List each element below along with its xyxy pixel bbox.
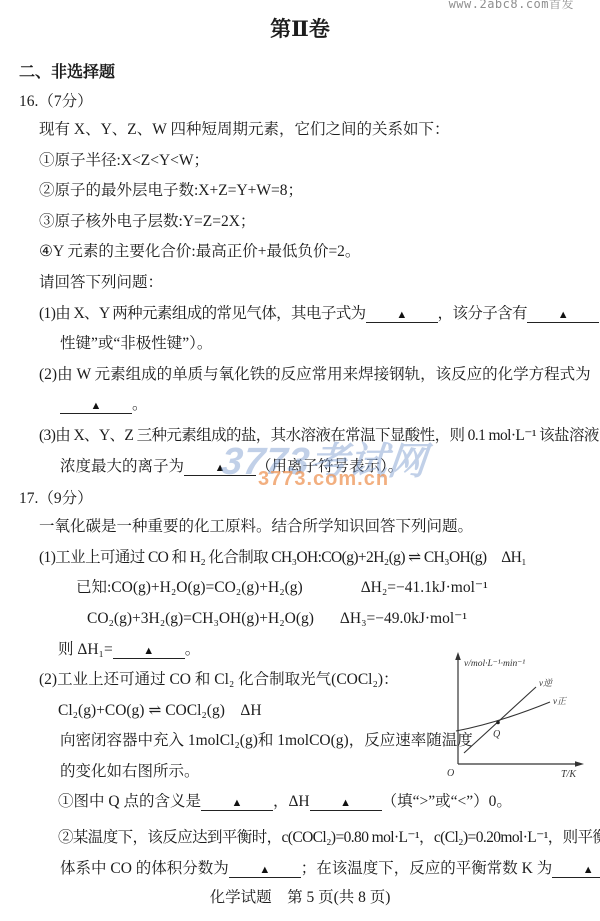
answer-blank: ▲ (310, 797, 382, 811)
section-heading: 二、非选择题 (0, 61, 600, 85)
rate-temperature-figure: v/mol·L⁻¹·min⁻¹ T/K O Q v逆 v正 (430, 649, 598, 787)
q17-intro: 一氧化碳是一种重要的化工原料。结合所学知识回答下列问题。 (0, 512, 600, 543)
q17-then-text: 则 ΔH₁= (58, 641, 113, 658)
q16-sub1-text-b: ，该分子含有 (438, 305, 527, 322)
q16-item-2: ②原子的最外层电子数:X+Z=Y+W=8； (0, 176, 600, 207)
q16-item-1: ①原子半径:X<Z<Y<W； (0, 146, 600, 177)
q17-dh3: ΔH₃=−49.0kJ·mol⁻¹ (340, 610, 467, 627)
q17-c1-text-a: ①图中 Q 点的含义是 (58, 793, 201, 810)
q16-prompt: 请回答下列问题： (0, 268, 600, 299)
answer-blank: ▲ (552, 864, 600, 878)
q17-sub1-known: 已知:CO(g)+H₂O(g)=CO₂(g)+H₂(g)ΔH₂=−41.1kJ·… (0, 573, 600, 604)
forward-rate-label: v正 (553, 696, 567, 706)
q17-c1-text-c: （填“>”或“<”）0。 (382, 793, 512, 810)
q16-sub1-line2: 性键”或“非极性键”）。 (0, 329, 600, 360)
q16-sub1-text-a: (1)由 X、Y 两种元素组成的常见气体，其电子式为 (39, 305, 366, 322)
page-title: 第Ⅱ卷 (0, 14, 600, 44)
answer-blank: ▲ (366, 309, 438, 323)
q17-eq2: CO₂(g)+3H₂(g)=CH₃OH(g)+H₂O(g) (87, 610, 314, 627)
q16-sub2-line2: ▲。 (0, 390, 600, 421)
answer-blank: ▲ (113, 645, 185, 659)
q16-sub3-text-a: 浓度最大的离子为 (60, 458, 184, 475)
origin-label: O (447, 768, 454, 779)
reverse-rate-label: v逆 (539, 678, 553, 688)
q16-item-4: ④Y 元素的主要化合价:最高正价+最低负价=2。 (0, 237, 600, 268)
q16-sub2-period: 。 (132, 396, 148, 413)
q17-eq1: 已知:CO(g)+H₂O(g)=CO₂(g)+H₂(g) (76, 579, 303, 596)
q17-c1-text-b: ，ΔH (273, 793, 310, 810)
answer-blank: ▲ (527, 309, 599, 323)
q16-number: 16.（7分） (0, 88, 600, 115)
point-q-label: Q (493, 729, 501, 740)
rate-temperature-chart: v/mol·L⁻¹·min⁻¹ T/K O Q v逆 v正 (430, 649, 598, 787)
y-axis-arrow (455, 652, 461, 660)
answer-blank: ▲ (60, 400, 132, 414)
q17-dh2: ΔH₂=−41.1kJ·mol⁻¹ (361, 579, 488, 596)
forward-rate-curve (456, 702, 550, 731)
site-watermark-domain: 3773.com.cn (258, 468, 389, 491)
q17-circle2-line2: 体系中 CO 的体积分数为▲；在该温度下，反应的平衡常数 K 为▲。 (0, 854, 600, 885)
page-footer: 化学试题 第 5 页(共 8 页) (0, 885, 600, 911)
q17-then-period: 。 (185, 641, 201, 658)
equilibrium-point (496, 721, 500, 725)
q17-sub1-line1: (1)工业上可通过 CO 和 H₂ 化合制取 CH₃OH:CO(g)+2H₂(g… (0, 543, 600, 574)
y-axis-label: v/mol·L⁻¹·min⁻¹ (464, 659, 525, 669)
q17-c2-text-b: ；在该温度下，反应的平衡常数 K 为 (301, 860, 552, 877)
q16-item-3: ③原子核外电子层数:Y=Z=2X； (0, 207, 600, 238)
q17-c2-text-a: 体系中 CO 的体积分数为 (60, 860, 229, 877)
site-watermark-top: www.2abc8.com首发 (449, 0, 574, 12)
x-axis-label: T/K (561, 769, 577, 780)
q17-sub1-eq2: CO₂(g)+3H₂(g)=CH₃OH(g)+H₂O(g)ΔH₃=−49.0kJ… (0, 604, 600, 635)
answer-blank: ▲ (229, 864, 301, 878)
x-axis-arrow (575, 761, 584, 767)
q17-circle1: ①图中 Q 点的含义是▲，ΔH▲（填“>”或“<”）0。 (0, 787, 600, 818)
q16-intro: 现有 X、Y、Z、W 四种短周期元素，它们之间的关系如下： (0, 115, 600, 146)
answer-blank: ▲ (201, 797, 273, 811)
q17-circle2-line1: ②某温度下，该反应达到平衡时，c(COCl₂)=0.80 mol·L⁻¹，c(C… (0, 823, 600, 854)
q16-sub1-line1: (1)由 X、Y 两种元素组成的常见气体，其电子式为▲，该分子含有▲（填“极 (0, 299, 600, 330)
exam-page: www.2abc8.com首发 第Ⅱ卷 二、非选择题 16.（7分） 现有 X、… (0, 0, 600, 921)
q16-sub2-line1: (2)由 W 元素组成的单质与氧化铁的反应常用来焊接钢轨，该反应的化学方程式为 (0, 360, 600, 391)
